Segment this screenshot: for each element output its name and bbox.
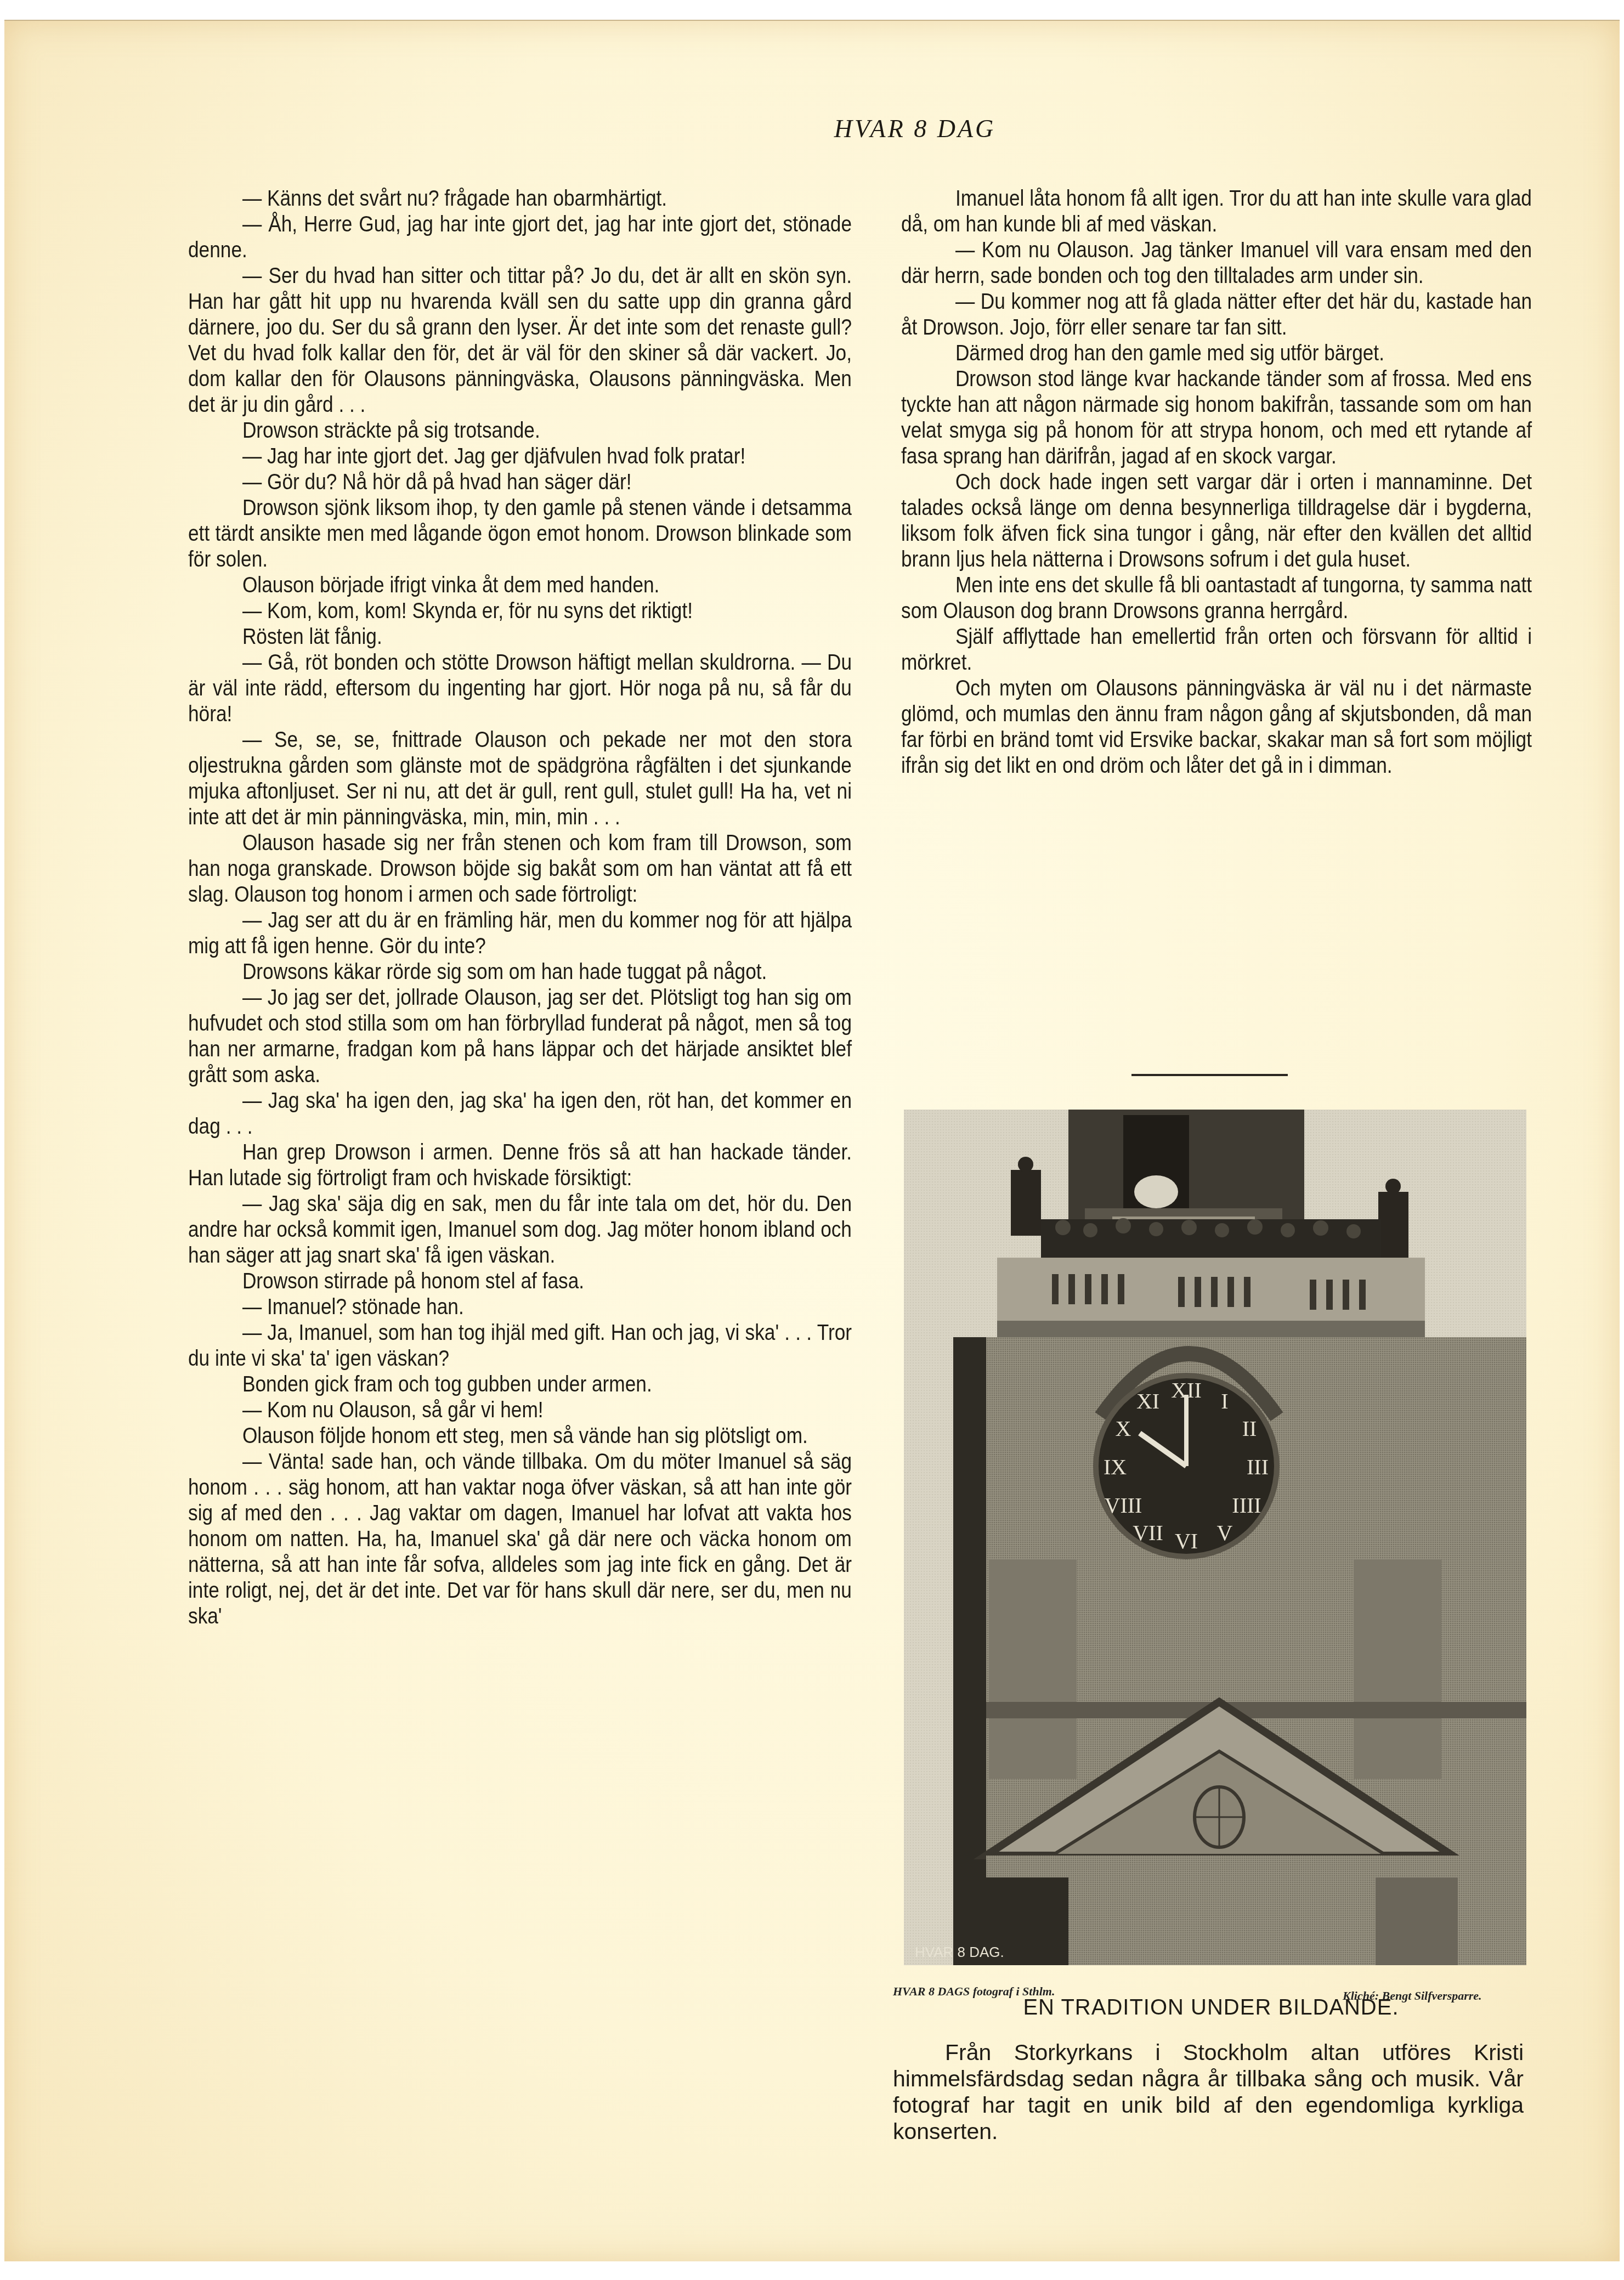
body-paragraph: — Kom, kom, kom! Skynda er, för nu syns … [188,598,852,624]
svg-text:VI: VI [1175,1529,1198,1553]
svg-text:I: I [1221,1389,1228,1413]
body-paragraph: — Känns det svårt nu? frågade han obarmh… [188,185,852,211]
body-paragraph: — Kom nu Olauson. Jag tänker Imanuel vil… [901,237,1532,288]
body-paragraph: — Gå, röt bonden och stötte Drowson häft… [188,649,852,727]
body-paragraph: Och myten om Olausons pänningväska är vä… [901,675,1532,778]
svg-text:III: III [1247,1455,1269,1479]
section-divider-rule [1131,1074,1288,1076]
body-paragraph: Rösten lät fånig. [188,624,852,649]
body-paragraph: Därmed drog han den gamle med sig utför … [901,340,1532,366]
body-paragraph: Bonden gick fram och tog gubben under ar… [188,1371,852,1397]
body-paragraph: Imanuel låta honom få allt igen. Tror du… [901,185,1532,237]
body-paragraph: Han grep Drowson i armen. Denne frös så … [188,1139,852,1191]
caption-paragraph: Från Storkyrkans i Stockholm altan utför… [893,2039,1524,2145]
body-paragraph: Men inte ens det skulle få bli oantastad… [901,572,1532,624]
running-head: HVAR 8 DAG [805,114,1025,143]
body-paragraph: Och dock hade ingen sett vargar där i or… [901,469,1532,572]
body-paragraph: — Ja, Imanuel, som han tog ihjäl med gif… [188,1320,852,1371]
photo-caption-title: EN TRADITION UNDER BILDANDE. [893,1995,1529,2020]
svg-text:II: II [1242,1416,1257,1441]
left-text-column: — Känns det svårt nu? frågade han obarmh… [188,185,852,1629]
body-paragraph: — Jag ska' ha igen den, jag ska' ha igen… [188,1088,852,1139]
body-paragraph: Drowson stirrade på honom stel af fasa. [188,1268,852,1294]
body-paragraph: Själf afflyttade han emellertid från ort… [901,624,1532,675]
body-paragraph: Olauson hasade sig ner från stenen och k… [188,830,852,907]
svg-text:VII: VII [1133,1520,1163,1545]
svg-text:V: V [1217,1520,1233,1545]
body-paragraph: Drowsons käkar rörde sig som om han hade… [188,959,852,985]
right-text-column: Imanuel låta honom få allt igen. Tror du… [901,185,1532,778]
body-paragraph: Drowson sjönk liksom ihop, ty den gamle … [188,495,852,572]
photo-watermark: HVAR 8 DAG. [915,1944,1004,1960]
body-paragraph: — Gör du? Nå hör då på hvad han säger dä… [188,469,852,495]
body-paragraph: — Jag har inte gjort det. Jag ger djäfvu… [188,443,852,469]
photo-caption-body: Från Storkyrkans i Stockholm altan utför… [893,2039,1524,2145]
body-paragraph: — Jag ser att du är en främling här, men… [188,907,852,959]
svg-text:IX: IX [1104,1455,1127,1479]
magazine-page: HVAR 8 DAG — Känns det svårt nu? frågade… [4,20,1620,2261]
body-paragraph: — Jo jag ser det, jollrade Olauson, jag … [188,985,852,1088]
body-paragraph: — Du kommer nog att få glada nätter efte… [901,288,1532,340]
body-paragraph: — Ser du hvad han sitter och tittar på? … [188,263,852,417]
body-paragraph: — Imanuel? stönade han. [188,1294,852,1320]
body-paragraph: — Jag ska' säja dig en sak, men du får i… [188,1191,852,1268]
body-paragraph: — Kom nu Olauson, så går vi hem! [188,1397,852,1423]
body-paragraph: Olauson följde honom ett steg, men så vä… [188,1423,852,1449]
svg-text:VIII: VIII [1105,1493,1142,1518]
body-paragraph: — Vänta! sade han, och vände tillbaka. O… [188,1449,852,1629]
body-paragraph: — Se, se, se, fnittrade Olauson och peka… [188,727,852,830]
body-paragraph: Drowson sträckte på sig trotsande. [188,417,852,443]
body-paragraph: Olauson började ifrigt vinka åt dem med … [188,572,852,598]
svg-text:IIII: IIII [1232,1493,1261,1518]
svg-text:X: X [1116,1416,1131,1441]
clock-tower-illustration: XIIIII IIIIIIIV VIVIIVIII IXXXI HVAR 8 D… [904,1110,1526,1965]
church-tower-photo: XIIIII IIIIIIIV VIVIIVIII IXXXI HVAR 8 D… [904,1110,1526,1965]
body-paragraph: Drowson stod länge kvar hackande tänder … [901,366,1532,469]
body-paragraph: — Åh, Herre Gud, jag har inte gjort det,… [188,211,852,263]
svg-text:XI: XI [1136,1389,1159,1413]
